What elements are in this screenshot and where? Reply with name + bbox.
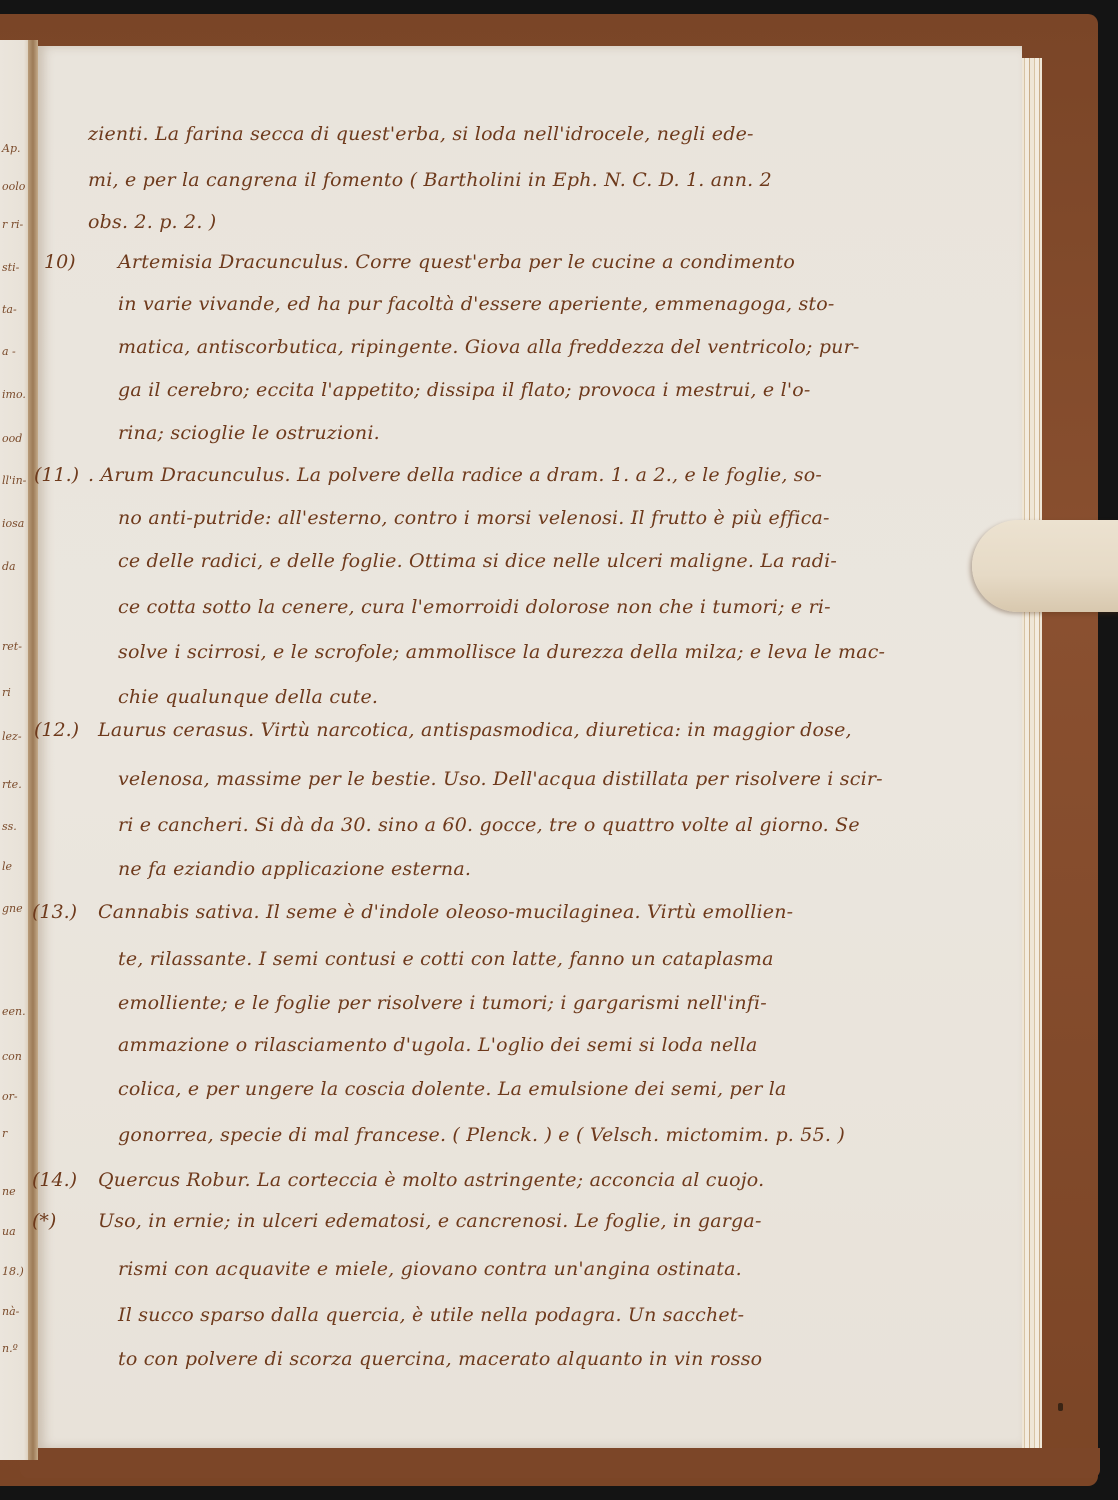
left-page-fragment: ll'in- [2, 474, 26, 487]
manuscript-line: ce cotta sotto la cenere, cura l'emorroi… [118, 596, 831, 618]
left-page-fragment: ret- [2, 640, 22, 653]
left-page-fragment: ri [2, 686, 11, 699]
manuscript-line: rina; scioglie le ostruzioni. [118, 422, 380, 444]
entry-number: (13.) [32, 901, 77, 923]
manuscript-line: no anti-putride: all'esterno, contro i m… [118, 507, 830, 529]
manuscript-line: Il succo sparso dalla quercia, è utile n… [118, 1304, 744, 1326]
left-page-fragment: ss. [2, 820, 17, 833]
manuscript-line: Cannabis sativa. Il seme è d'indole oleo… [98, 901, 793, 923]
manuscript-line: te, rilassante. I semi contusi e cotti c… [118, 948, 774, 970]
left-page-fragment: le [2, 860, 12, 873]
left-page-fragment: nà- [2, 1305, 19, 1318]
manuscript-line: colica, e per ungere la coscia dolente. … [118, 1078, 787, 1100]
manuscript-line: obs. 2. p. 2. ) [88, 211, 216, 233]
left-page-fragment: een. [2, 1005, 26, 1018]
left-page-fragment: Ap. [2, 142, 20, 155]
left-page-fragment: or- [2, 1090, 18, 1103]
left-page-fragment: sti- [2, 261, 19, 274]
left-page-fragment: rte. [2, 778, 22, 791]
left-page-fragment: r [2, 1127, 7, 1140]
manuscript-line: Artemisia Dracunculus. Corre quest'erba … [118, 251, 795, 273]
left-page-fragment: ta- [2, 303, 17, 316]
binding-bottom-edge [20, 1448, 1100, 1478]
manuscript-line: matica, antiscorbutica, ripingente. Giov… [118, 336, 860, 358]
manuscript-line: ce delle radici, e delle foglie. Ottima … [118, 550, 837, 572]
left-page-fragment: a - [2, 345, 16, 358]
left-page-fragment: con [2, 1050, 22, 1063]
manuscript-line: gonorrea, specie di mal francese. ( Plen… [118, 1124, 845, 1146]
manuscript-line: Quercus Robur. La corteccia è molto astr… [98, 1169, 764, 1191]
entry-number: (12.) [34, 719, 79, 741]
manuscript-line: zienti. La farina secca di quest'erba, s… [88, 123, 754, 145]
manuscript-line: in varie vivande, ed ha pur facoltà d'es… [118, 293, 835, 315]
manuscript-line: Uso, in ernie; in ulceri edematosi, e ca… [98, 1210, 762, 1232]
manuscript-line: mi, e per la cangrena il fomento ( Barth… [88, 169, 772, 191]
bookmark-slip[interactable] [972, 520, 1118, 612]
left-page-fragment: iosa [2, 517, 24, 530]
manuscript-line: to con polvere di scorza quercina, macer… [118, 1348, 762, 1370]
manuscript-line: ga il cerebro; eccita l'appetito; dissip… [118, 379, 811, 401]
left-page-fragment: lez- [2, 730, 22, 743]
left-page-fragment: oolo [2, 180, 25, 193]
left-page-fragment: n.º [2, 1342, 18, 1355]
left-page-fragment: ua [2, 1225, 16, 1238]
manuscript-line: emolliente; e le foglie per risolvere i … [118, 992, 767, 1014]
left-page-fragment: da [2, 560, 16, 573]
left-page-fragment: ood [2, 432, 22, 445]
manuscript-line: velenosa, massime per le bestie. Uso. De… [118, 768, 883, 790]
asterisk-mark: (*) [32, 1210, 56, 1232]
entry-number: (14.) [32, 1169, 77, 1191]
left-page-fragment: r ri- [2, 218, 23, 231]
entry-number: (11.) [34, 464, 79, 486]
left-page-text-fragments: Ap.oolor ri-sti-ta-a -imo.oodll'in-iosad… [0, 0, 30, 1460]
left-page-fragment: gne [2, 902, 23, 915]
manuscript-line: rismi con acquavite e miele, giovano con… [118, 1258, 742, 1280]
left-page-fragment: ne [2, 1185, 16, 1198]
manuscript-line: solve i scirrosi, e le scrofole; ammolli… [118, 641, 885, 663]
left-page-fragment: 18.) [2, 1265, 24, 1278]
manuscript-line: . Arum Dracunculus. La polvere della rad… [88, 464, 822, 486]
manuscript-line: ammazione o rilasciamento d'ugola. L'ogl… [118, 1034, 758, 1056]
manuscript-line: Laurus cerasus. Virtù narcotica, antispa… [98, 719, 852, 741]
manuscript-line: chie qualunque della cute. [118, 686, 378, 708]
entry-number: 10) [44, 251, 76, 273]
left-page-fragment: imo. [2, 388, 26, 401]
manuscript-line: ne fa eziandio applicazione esterna. [118, 858, 471, 880]
binding-nail [1058, 1403, 1063, 1411]
manuscript-line: ri e cancheri. Si dà da 30. sino a 60. g… [118, 814, 860, 836]
